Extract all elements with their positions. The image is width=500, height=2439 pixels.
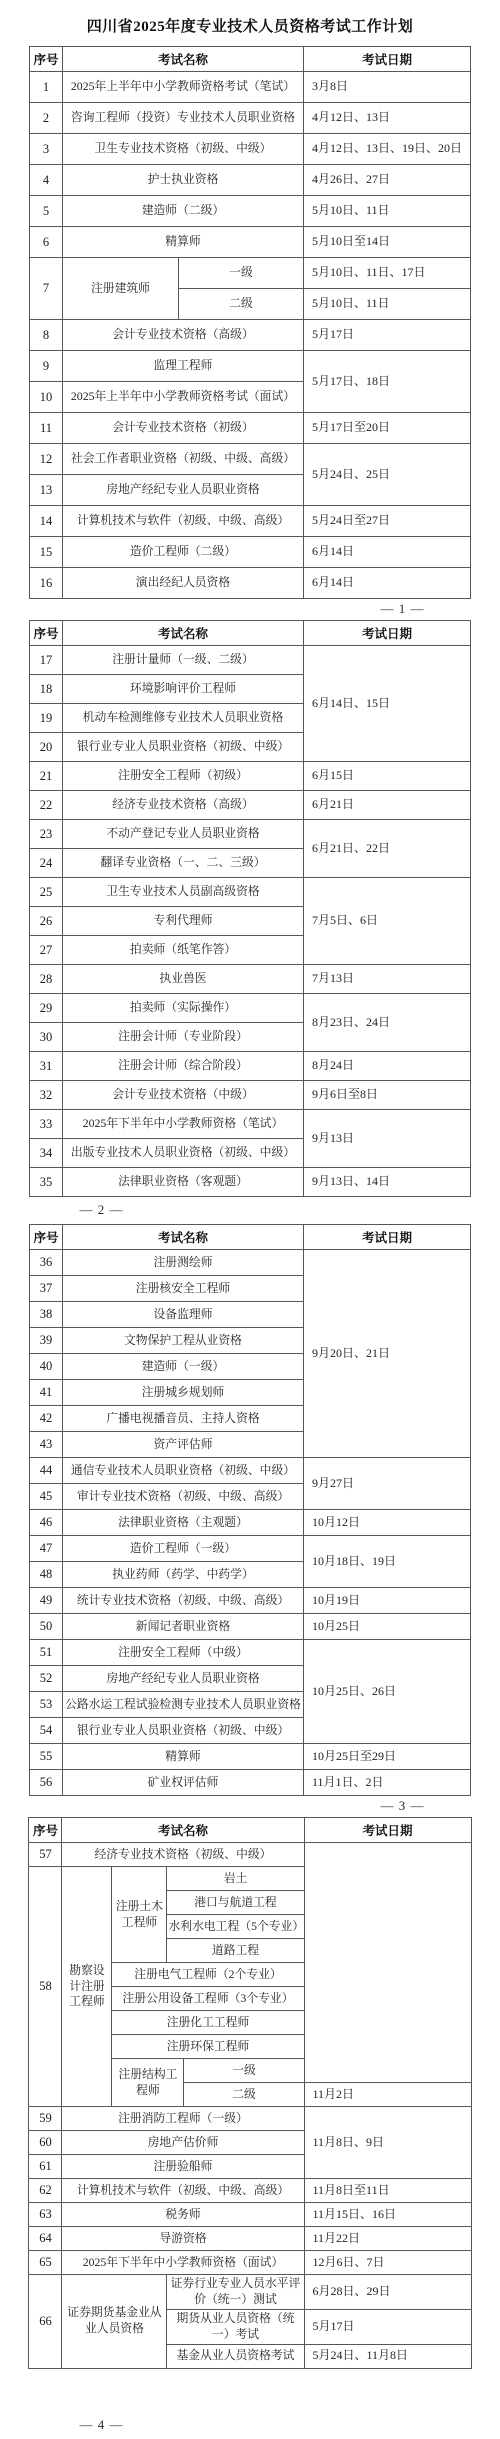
exam-date-cell: 11月22日 [304,2227,471,2251]
exam-date-cell: 5月10日、11日、17日 [304,258,471,289]
column-header: 考试日期 [304,1225,471,1250]
exam-name-cell: 注册安全工程师（中级） [63,1640,304,1666]
exam-name-cell: 护士执业资格 [62,165,303,196]
exam-number-cell: 56 [30,1770,63,1796]
header-row: 序号考试名称考试日期 [30,1225,471,1250]
exam-name-cell: 二级 [178,289,303,320]
table-row: 62计算机技术与软件（初级、中级、高级）11月8日至11日 [29,2179,471,2203]
exam-name-cell: 2025年下半年中小学教师资格（面试） [62,2251,304,2275]
exam-name-cell: 出版专业技术人员职业资格（初级、中级） [63,1139,304,1168]
exam-date-cell: 12月6日、7日 [304,2251,471,2275]
exam-number-cell: 45 [30,1484,63,1510]
table-row: 59注册消防工程师（一级）11月8日、9日 [29,2107,471,2131]
exam-name-cell: 拍卖师（实际操作） [63,994,304,1023]
exam-name-cell: 房地产经纪专业人员职业资格 [62,475,303,506]
exam-number-cell: 13 [29,475,62,506]
table-row: 44通信专业技术人员职业资格（初级、中级）9月27日 [30,1458,471,1484]
exam-date-cell: 9月27日 [304,1458,471,1510]
exam-name-cell: 一级 [184,2059,304,2083]
exam-name-cell: 注册化工工程师 [112,2011,304,2035]
exam-name-cell: 卫生专业技术资格（初级、中级） [62,134,303,165]
exam-name-cell: 会计专业技术资格（高级） [62,320,303,351]
table-row: 36注册测绘师9月20日、21日 [30,1250,471,1276]
exam-date-cell: 10月12日 [304,1510,471,1536]
exam-number-cell: 43 [30,1432,63,1458]
exam-number-cell: 34 [30,1139,63,1168]
exam-name-cell: 矿业权评估师 [63,1770,304,1796]
table-row: 35法律职业资格（客观题）9月13日、14日 [30,1168,471,1197]
exam-name-cell: 注册公用设备工程师（3个专业） [112,1987,304,2011]
exam-number-cell: 23 [30,820,63,849]
exam-number-cell: 17 [30,646,63,675]
table-row: 55精算师10月25日至29日 [30,1744,471,1770]
exam-date-cell: 4月12日、13日、19日、20日 [304,134,471,165]
exam-name-cell: 房地产估价师 [62,2131,304,2155]
exam-name-cell: 社会工作者职业资格（初级、中级、高级） [62,444,303,475]
exam-name-cell: 注册消防工程师（一级） [62,2107,304,2131]
exam-date-cell: 5月17日至20日 [304,413,471,444]
exam-number-cell: 19 [30,704,63,733]
exam-number-cell: 7 [29,258,62,320]
exam-number-cell: 66 [29,2275,62,2369]
exam-date-cell: 6月21日、22日 [304,820,471,878]
column-header: 序号 [29,47,62,72]
exam-number-cell: 31 [30,1052,63,1081]
exam-name-cell: 注册环保工程师 [112,2035,304,2059]
exam-number-cell: 41 [30,1380,63,1406]
table-row: 66证券期货基金业从业人员资格证券行业专业人员水平评价（统一）测试6月28日、2… [29,2275,471,2310]
exam-name-cell: 计算机技术与软件（初级、中级、高级） [62,2179,304,2203]
exam-name-cell: 注册测绘师 [63,1250,304,1276]
exam-name-cell: 计算机技术与软件（初级、中级、高级） [62,506,303,537]
exam-name-cell: 银行业专业人员职业资格（初级、中级） [63,1718,304,1744]
table-row: 64导游资格11月22日 [29,2227,471,2251]
table-row: 12025年上半年中小学教师资格考试（笔试）3月8日 [29,72,470,103]
column-header: 考试名称 [62,1818,304,1843]
exam-name-cell: 证券行业专业人员水平评价（统一）测试 [167,2275,304,2310]
table-row: 32会计专业技术资格（中级）9月6日至8日 [30,1081,471,1110]
table-row: 31注册会计师（综合阶段）8月24日 [30,1052,471,1081]
exam-date-cell: 6月28日、29日 [304,2275,471,2310]
exam-schedule-table-page-4: 序号考试名称考试日期57经济专业技术资格（初级、中级）58勘察设计注册工程师注册… [28,1817,471,2369]
exam-date-cell: 5月24日至27日 [304,506,471,537]
table-row: 8会计专业技术资格（高级）5月17日 [29,320,470,351]
exam-name-cell: 演出经纪人员资格 [62,568,303,599]
exam-date-cell: 9月13日、14日 [304,1168,471,1197]
table-row: 23不动产登记专业人员职业资格6月21日、22日 [30,820,471,849]
exam-date-cell: 10月25日至29日 [304,1744,471,1770]
exam-name-cell: 公路水运工程试验检测专业技术人员职业资格 [63,1692,304,1718]
exam-number-cell: 62 [29,2179,62,2203]
exam-name-cell: 统计专业技术资格（初级、中级、高级） [63,1588,304,1614]
exam-date-cell: 5月24日、11月8日 [304,2344,471,2368]
exam-schedule-table-page-1: 序号考试名称考试日期12025年上半年中小学教师资格考试（笔试）3月8日2咨询工… [29,46,471,599]
exam-number-cell: 37 [30,1276,63,1302]
exam-name-cell: 注册安全工程师（初级） [63,762,304,791]
exam-number-cell: 11 [29,413,62,444]
exam-name-cell: 岩土 [167,1867,304,1891]
header-row: 序号考试名称考试日期 [29,47,470,72]
exam-date-cell: 10月19日 [304,1588,471,1614]
exam-name-cell: 注册计量师（一级、二级） [63,646,304,675]
table-row: 15造价工程师（二级）6月14日 [29,537,470,568]
table-row: 46法律职业资格（主观题）10月12日 [30,1510,471,1536]
table-row: 4护士执业资格4月26日、27日 [29,165,470,196]
exam-number-cell: 57 [29,1843,62,1867]
table-row: 14计算机技术与软件（初级、中级、高级）5月24日至27日 [29,506,470,537]
document-page: 四川省2025年度专业技术人员资格考试工作计划 序号考试名称考试日期12025年… [0,0,500,2433]
exam-name-cell: 水利水电工程（5个专业） [167,1915,304,1939]
column-header: 序号 [30,621,63,646]
exam-name-cell: 税务师 [62,2203,304,2227]
exam-name-cell: 卫生专业技术人员副高级资格 [63,878,304,907]
exam-number-cell: 21 [30,762,63,791]
exam-name-cell: 执业兽医 [63,965,304,994]
column-header: 考试名称 [62,47,303,72]
exam-date-cell: 11月8日、9日 [304,2107,471,2179]
exam-name-cell: 法律职业资格（主观题） [63,1510,304,1536]
exam-name-cell: 造价工程师（二级） [62,537,303,568]
exam-date-cell: 10月18日、19日 [304,1536,471,1588]
exam-name-cell: 专利代理师 [63,907,304,936]
exam-number-cell: 58 [29,1867,62,2107]
page-number-2: — 2 — [30,1202,471,1218]
column-header: 考试日期 [304,1818,471,1843]
table-row: 50新闻记者职业资格10月25日 [30,1614,471,1640]
table-row: 21注册安全工程师（初级）6月15日 [30,762,471,791]
exam-date-cell: 4月12日、13日 [304,103,471,134]
exam-name-cell: 注册建筑师 [62,258,178,320]
exam-date-cell: 5月10日、11日 [304,289,471,320]
exam-name-cell: 银行业专业人员职业资格（初级、中级） [63,733,304,762]
exam-number-cell: 3 [29,134,62,165]
header-row: 序号考试名称考试日期 [30,621,471,646]
exam-name-cell: 经济专业技术资格（高级） [63,791,304,820]
exam-name-cell: 精算师 [63,1744,304,1770]
exam-number-cell: 54 [30,1718,63,1744]
exam-schedule-table-page-2: 序号考试名称考试日期17注册计量师（一级、二级）6月14日、15日18环境影响评… [29,620,471,1197]
column-header: 考试日期 [304,47,471,72]
exam-number-cell: 60 [29,2131,62,2155]
exam-number-cell: 52 [30,1666,63,1692]
exam-number-cell: 8 [29,320,62,351]
exam-date-cell: 11月1日、2日 [304,1770,471,1796]
exam-date-cell: 6月14日 [304,537,471,568]
exam-number-cell: 22 [30,791,63,820]
table-row: 57经济专业技术资格（初级、中级） [29,1843,471,1867]
table-row: 652025年下半年中小学教师资格（面试）12月6日、7日 [29,2251,471,2275]
exam-date-cell: 6月15日 [304,762,471,791]
exam-number-cell: 28 [30,965,63,994]
exam-number-cell: 15 [29,537,62,568]
exam-number-cell: 29 [30,994,63,1023]
exam-date-cell: 6月14日、15日 [304,646,471,762]
table-row: 12社会工作者职业资格（初级、中级、高级）5月24日、25日 [29,444,470,475]
exam-date-cell: 3月8日 [304,72,471,103]
exam-name-cell: 会计专业技术资格（中级） [63,1081,304,1110]
exam-number-cell: 47 [30,1536,63,1562]
exam-date-cell: 6月14日 [304,568,471,599]
exam-date-cell: 11月2日 [304,2083,471,2107]
exam-name-cell: 2025年上半年中小学教师资格考试（面试） [62,382,303,413]
exam-name-cell: 注册会计师（综合阶段） [63,1052,304,1081]
exam-date-cell: 8月24日 [304,1052,471,1081]
exam-number-cell: 32 [30,1081,63,1110]
table-row: 47造价工程师（一级）10月18日、19日 [30,1536,471,1562]
table-row: 16演出经纪人员资格6月14日 [29,568,470,599]
exam-name-cell: 广播电视播音员、主持人资格 [63,1406,304,1432]
table-row: 2咨询工程师（投资）专业技术人员职业资格4月12日、13日 [29,103,470,134]
exam-number-cell: 61 [29,2155,62,2179]
exam-number-cell: 39 [30,1328,63,1354]
exam-number-cell: 14 [29,506,62,537]
column-header: 序号 [30,1225,63,1250]
document-title: 四川省2025年度专业技术人员资格考试工作计划 [0,15,500,36]
exam-number-cell: 42 [30,1406,63,1432]
exam-number-cell: 46 [30,1510,63,1536]
table-row: 7注册建筑师一级5月10日、11日、17日 [29,258,470,289]
exam-number-cell: 63 [29,2203,62,2227]
exam-number-cell: 59 [29,2107,62,2131]
exam-name-cell: 期货从业人员资格（统一）考试 [167,2309,304,2344]
exam-number-cell: 55 [30,1744,63,1770]
exam-name-cell: 导游资格 [62,2227,304,2251]
exam-name-cell: 注册城乡规划师 [63,1380,304,1406]
exam-name-cell: 环境影响评价工程师 [63,675,304,704]
exam-date-cell: 11月8日至11日 [304,2179,471,2203]
exam-name-cell: 房地产经纪专业人员职业资格 [63,1666,304,1692]
exam-number-cell: 18 [30,675,63,704]
exam-number-cell: 49 [30,1588,63,1614]
exam-date-cell: 5月24日、25日 [304,444,471,506]
exam-date-cell: 5月17日 [304,2309,471,2344]
exam-date-cell: 6月21日 [304,791,471,820]
table-row: 49统计专业技术资格（初级、中级、高级）10月19日 [30,1588,471,1614]
exam-number-cell: 26 [30,907,63,936]
exam-number-cell: 35 [30,1168,63,1197]
table-row: 51注册安全工程师（中级）10月25日、26日 [30,1640,471,1666]
exam-number-cell: 44 [30,1458,63,1484]
exam-date-cell: 10月25日 [304,1614,471,1640]
exam-number-cell: 24 [30,849,63,878]
exam-name-cell: 翻译专业资格（一、二、三级） [63,849,304,878]
table-row: 11会计专业技术资格（初级）5月17日至20日 [29,413,470,444]
header-row: 序号考试名称考试日期 [29,1818,471,1843]
exam-name-cell: 注册电气工程师（2个专业） [112,1963,304,1987]
exam-number-cell: 65 [29,2251,62,2275]
table-row: 56矿业权评估师11月1日、2日 [30,1770,471,1796]
exam-schedule-table-page-3: 序号考试名称考试日期36注册测绘师9月20日、21日37注册核安全工程师38设备… [29,1224,471,1796]
exam-name-cell: 道路工程 [167,1939,304,1963]
table-row: 25卫生专业技术人员副高级资格7月5日、6日 [30,878,471,907]
exam-name-cell: 造价工程师（一级） [63,1536,304,1562]
exam-number-cell: 33 [30,1110,63,1139]
exam-date-cell: 5月10日至14日 [304,227,471,258]
exam-number-cell: 30 [30,1023,63,1052]
exam-name-cell: 不动产登记专业人员职业资格 [63,820,304,849]
column-header: 考试名称 [63,621,304,646]
exam-name-cell: 港口与航道工程 [167,1891,304,1915]
exam-number-cell: 48 [30,1562,63,1588]
exam-name-cell: 注册会计师（专业阶段） [63,1023,304,1052]
exam-name-cell: 经济专业技术资格（初级、中级） [62,1843,304,1867]
exam-name-cell: 2025年下半年中小学教师资格（笔试） [63,1110,304,1139]
exam-name-cell: 机动车检测维修专业技术人员职业资格 [63,704,304,733]
exam-number-cell: 51 [30,1640,63,1666]
exam-number-cell: 27 [30,936,63,965]
exam-date-cell: 8月23日、24日 [304,994,471,1052]
table-row: 63税务师11月15日、16日 [29,2203,471,2227]
exam-number-cell: 36 [30,1250,63,1276]
exam-name-cell: 勘察设计注册工程师 [62,1867,112,2107]
column-header: 考试日期 [304,621,471,646]
table-row: 29拍卖师（实际操作）8月23日、24日 [30,994,471,1023]
exam-name-cell: 会计专业技术资格（初级） [62,413,303,444]
exam-name-cell: 拍卖师（纸笔作答） [63,936,304,965]
table-row: 28执业兽医7月13日 [30,965,471,994]
exam-name-cell: 注册验船师 [62,2155,304,2179]
exam-date-cell: 5月17日、18日 [304,351,471,413]
exam-number-cell: 38 [30,1302,63,1328]
exam-name-cell: 注册结构工程师 [112,2059,184,2107]
exam-name-cell: 精算师 [62,227,303,258]
exam-name-cell: 基金从业人员资格考试 [167,2344,304,2368]
exam-name-cell: 法律职业资格（客观题） [63,1168,304,1197]
exam-number-cell: 2 [29,103,62,134]
exam-date-cell: 5月17日 [304,320,471,351]
exam-number-cell: 16 [29,568,62,599]
page-number-3: — 3 — [30,1798,471,1814]
exam-date-cell: 5月10日、11日 [304,196,471,227]
table-row: 3卫生专业技术资格（初级、中级）4月12日、13日、19日、20日 [29,134,470,165]
exam-date-cell [304,1843,471,2083]
exam-name-cell: 新闻记者职业资格 [63,1614,304,1640]
exam-date-cell: 9月6日至8日 [304,1081,471,1110]
exam-number-cell: 4 [29,165,62,196]
exam-number-cell: 20 [30,733,63,762]
exam-date-cell: 7月13日 [304,965,471,994]
exam-name-cell: 执业药师（药学、中药学） [63,1562,304,1588]
exam-number-cell: 40 [30,1354,63,1380]
page-number-1: — 1 — [30,601,471,617]
exam-name-cell: 文物保护工程从业资格 [63,1328,304,1354]
exam-name-cell: 咨询工程师（投资）专业技术人员职业资格 [62,103,303,134]
page-number-4: — 4 — [30,2417,471,2433]
table-row: 6精算师5月10日至14日 [29,227,470,258]
exam-date-cell: 10月25日、26日 [304,1640,471,1744]
exam-name-cell: 注册土木工程师 [112,1867,167,1963]
exam-date-cell: 9月13日 [304,1110,471,1168]
exam-name-cell: 资产评估师 [63,1432,304,1458]
table-row: 332025年下半年中小学教师资格（笔试）9月13日 [30,1110,471,1139]
exam-name-cell: 监理工程师 [62,351,303,382]
table-row: 22经济专业技术资格（高级）6月21日 [30,791,471,820]
exam-date-cell: 11月15日、16日 [304,2203,471,2227]
exam-name-cell: 一级 [178,258,303,289]
exam-name-cell: 2025年上半年中小学教师资格考试（笔试） [62,72,303,103]
exam-date-cell: 7月5日、6日 [304,878,471,965]
exam-name-cell: 二级 [184,2083,304,2107]
exam-number-cell: 12 [29,444,62,475]
exam-date-cell: 9月20日、21日 [304,1250,471,1458]
table-row: 17注册计量师（一级、二级）6月14日、15日 [30,646,471,675]
exam-number-cell: 64 [29,2227,62,2251]
exam-name-cell: 建造师（二级） [62,196,303,227]
exam-number-cell: 10 [29,382,62,413]
exam-name-cell: 设备监理师 [63,1302,304,1328]
exam-number-cell: 6 [29,227,62,258]
exam-number-cell: 5 [29,196,62,227]
exam-number-cell: 53 [30,1692,63,1718]
exam-date-cell: 4月26日、27日 [304,165,471,196]
exam-number-cell: 1 [29,72,62,103]
exam-name-cell: 建造师（一级） [63,1354,304,1380]
exam-name-cell: 审计专业技术资格（初级、中级、高级） [63,1484,304,1510]
table-row: 9监理工程师5月17日、18日 [29,351,470,382]
exam-name-cell: 通信专业技术人员职业资格（初级、中级） [63,1458,304,1484]
table-row: 5建造师（二级）5月10日、11日 [29,196,470,227]
column-header: 序号 [29,1818,62,1843]
exam-number-cell: 25 [30,878,63,907]
exam-number-cell: 50 [30,1614,63,1640]
exam-name-cell: 注册核安全工程师 [63,1276,304,1302]
exam-name-cell: 证券期货基金业从业人员资格 [62,2275,167,2369]
exam-number-cell: 9 [29,351,62,382]
column-header: 考试名称 [63,1225,304,1250]
